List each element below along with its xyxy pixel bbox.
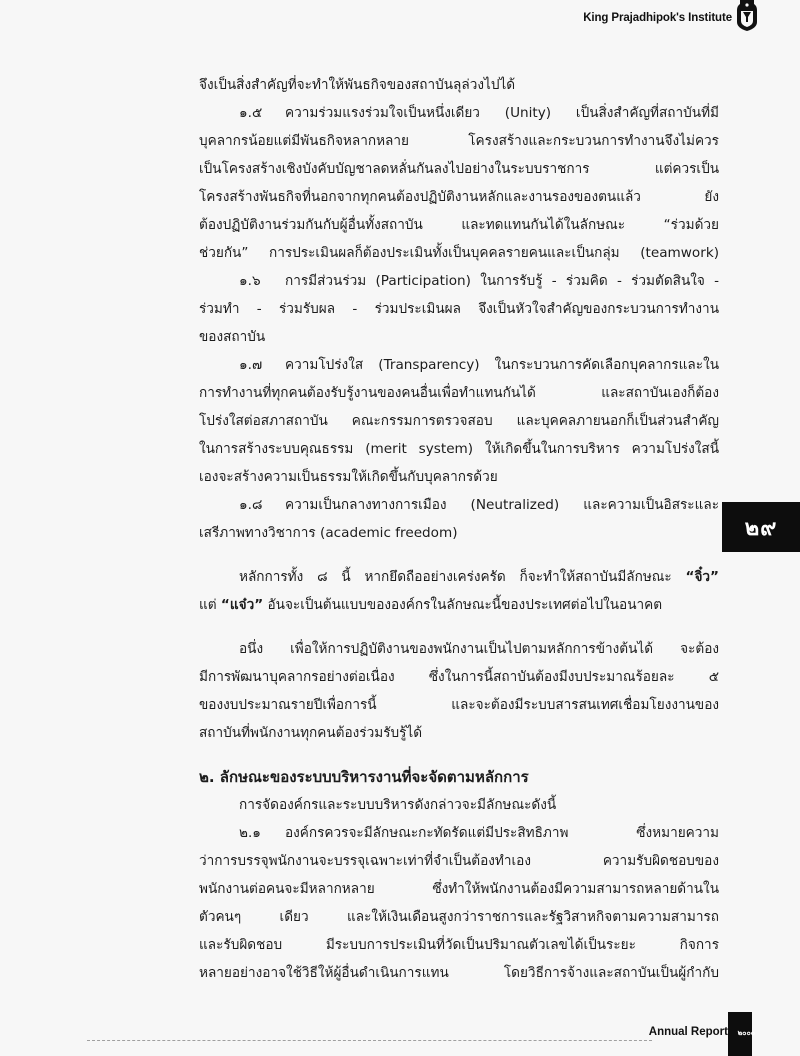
text-line: เสรีภาพทางวิชาการ (academic freedom) [199, 519, 719, 547]
footer-year: ๒๐๐๐ [738, 1028, 755, 1039]
page-number-tab: ๒๙ [722, 502, 800, 552]
text-line: องค์กรควรจะมีลักษณะกะทัดรัดแต่มีประสิทธิ… [285, 825, 719, 841]
emphasis-jiw: “จิ๋ว” [686, 569, 719, 585]
institute-name: King Prajadhipok's Institute [583, 12, 732, 24]
text-line: ความโปร่งใส (Transparency) ในกระบวนการคั… [285, 357, 719, 373]
text-line: ตัวคนๆ เดียว และให้เงินเดือนสูงกว่าราชกา… [199, 903, 719, 931]
text-line: มีการพัฒนาบุคลากรอย่างต่อเนื่อง ซึ่งในกา… [199, 663, 719, 691]
section-number: ๑.๘ [239, 491, 285, 519]
text-line: โครงสร้างพันธกิจที่นอกจากทุกคนต้องปฏิบัต… [199, 183, 719, 211]
section-2-1: ๒.๑องค์กรควรจะมีลักษณะกะทัดรัดแต่มีประสิ… [199, 819, 719, 847]
text-line: ว่าการบรรจุพนักงานจะบรรจุเฉพาะเท่าที่จำเ… [199, 847, 719, 875]
footer-divider [87, 1040, 652, 1041]
text-line: เองจะสร้างความเป็นธรรมให้เกิดขึ้นกับบุคล… [199, 463, 719, 491]
text-span: แต่ [199, 597, 217, 613]
text-line: เป็นโครงสร้างเชิงบังคับบัญชาลดหลั่นกันลง… [199, 155, 719, 183]
text-line: ของงบประมาณรายปีเพื่อการนี้ และจะต้องมีร… [199, 691, 719, 719]
text-span: อันจะเป็นต้นแบบขององค์กรในลักษณะนี้ของปร… [267, 597, 662, 613]
section-1-5: ๑.๕ความร่วมแรงร่วมใจเป็นหนึ่งเดียว (Unit… [199, 99, 719, 127]
text-line: อนึ่ง เพื่อให้การปฏิบัติงานของพนักงานเป็… [199, 635, 719, 663]
section-number: ๑.๗ [239, 351, 285, 379]
section-2-heading: ๒. ลักษณะของระบบบริหารงานที่จะจัดตามหลัก… [199, 763, 719, 791]
text-line: ของสถาบัน [199, 323, 719, 351]
section-number: ๒.๑ [239, 819, 285, 847]
text-line: ในการสร้างระบบคุณธรรม (merit system) ให้… [199, 435, 719, 463]
section-number: ๑.๕ [239, 99, 285, 127]
page-header: King Prajadhipok's Institute [460, 0, 800, 44]
document-body: จึงเป็นสิ่งสำคัญที่จะทำให้พันธกิจของสถาบ… [199, 71, 719, 987]
text-span: หลักการทั้ง ๘ นี้ หากยึดถืออย่างเคร่งครั… [239, 569, 672, 585]
text-line: ความเป็นกลางทางการเมือง (Neutralized) แล… [285, 497, 719, 513]
text-line: ความร่วมแรงร่วมใจเป็นหนึ่งเดียว (Unity) … [285, 105, 719, 121]
section-1-7: ๑.๗ความโปร่งใส (Transparency) ในกระบวนกา… [199, 351, 719, 379]
text-line: ต้องปฏิบัติงานร่วมกันกับผู้อื่นทั้งสถาบั… [199, 211, 719, 239]
text-line: การมีส่วนร่วม (Participation) ในการรับรู… [285, 273, 719, 289]
text-line: โปร่งใสต่อสภาสถาบัน คณะกรรมการตรวจสอบ แล… [199, 407, 719, 435]
section-1-8: ๑.๘ความเป็นกลางทางการเมือง (Neutralized)… [199, 491, 719, 519]
section-number: ๑.๖ [239, 267, 285, 295]
text-line: ช่วยกัน” การประเมินผลก็ต้องประเมินทั้งเป… [199, 239, 719, 267]
text-line: หลายอย่างอาจใช้วิธีให้ผู้อื่นดำเนินการแท… [199, 959, 719, 987]
section-1-6: ๑.๖การมีส่วนร่วม (Participation) ในการรั… [199, 267, 719, 295]
text-line: บุคลากรน้อยแต่มีพันธกิจหลากหลาย โครงสร้า… [199, 127, 719, 155]
summary-paragraph: หลักการทั้ง ๘ นี้ หากยึดถืออย่างเคร่งครั… [199, 563, 719, 591]
text-line: ร่วมทำ - ร่วมรับผล - ร่วมประเมินผล จึงเป… [199, 295, 719, 323]
text-line: และรับผิดชอบ มีระบบการประเมินที่วัดเป็นป… [199, 931, 719, 959]
text-line: แต่ “แจ๋ว” อันจะเป็นต้นแบบขององค์กรในลัก… [199, 591, 719, 619]
text-line: สถาบันที่พนักงานทุกคนต้องร่วมรับรู้ได้ [199, 719, 719, 747]
text-line: พนักงานต่อคนจะมีหลากหลาย ซึ่งทำให้พนักงา… [199, 875, 719, 903]
text-line: จึงเป็นสิ่งสำคัญที่จะทำให้พันธกิจของสถาบ… [199, 71, 719, 99]
text-line: การจัดองค์กรและระบบบริหารดังกล่าวจะมีลัก… [199, 791, 719, 819]
emphasis-jaew: “แจ๋ว” [221, 597, 263, 613]
text-line: การทำงานที่ทุกคนต้องรับรู้งานของคนอื่นเพ… [199, 379, 719, 407]
footer-annual-report: Annual Report [649, 1026, 728, 1038]
kpi-crest-icon [736, 0, 758, 32]
